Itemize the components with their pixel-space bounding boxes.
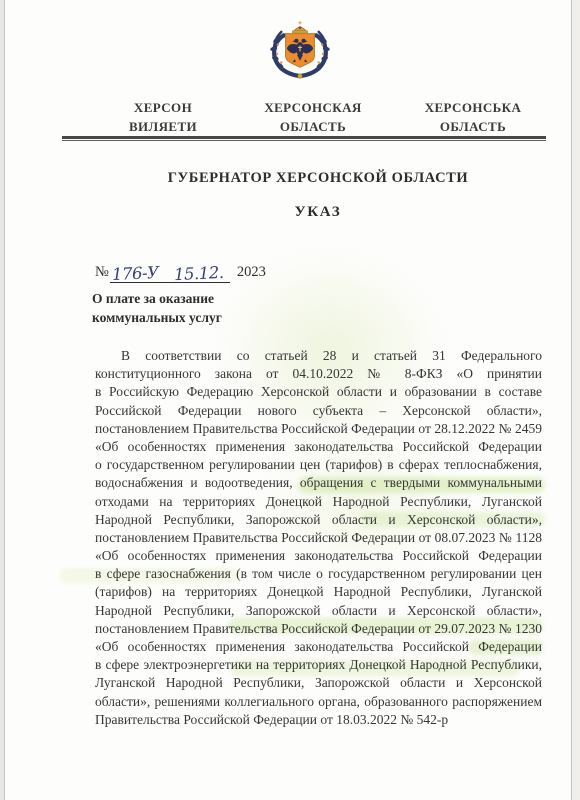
letterhead-column-tatar: ХЕРСОН ВИЛЯЕТИ (103, 98, 223, 136)
body-line: «Об особенностях применения законодатель… (95, 438, 542, 456)
body-line: «Об особенностях применения законодатель… (95, 638, 542, 656)
body-line: в сфере газоснабжения (в том числе о гос… (95, 565, 542, 583)
body-line: в сфере электроэнергетики на территориях… (95, 656, 542, 674)
body-line: Российской Федерации нового субъекта – Х… (95, 402, 542, 420)
subject-line-1: О плате за оказание (92, 290, 222, 309)
letterhead-column-ukrainian: ХЕРСОНСЬКА ОБЛАСТЬ (403, 98, 543, 136)
body-line: области», решениями коллегиального орган… (95, 693, 542, 711)
letterhead-line: ОБЛАСТЬ (403, 117, 543, 136)
body-line: в Российскую Федерацию Херсонской област… (95, 383, 542, 401)
body-line: о государственном регулировании цен (тар… (95, 456, 542, 474)
body-line: водоснабжения и водоотведения, обращения… (95, 474, 542, 492)
body-line: постановлением Правительства Российской … (95, 620, 542, 638)
page: ХЕРСОН ВИЛЯЕТИ ХЕРСОНСКАЯ ОБЛАСТЬ ХЕРСОН… (0, 0, 580, 800)
doc-number-handwritten: 176-У (111, 263, 158, 284)
letterhead-line: ХЕРСОНСКАЯ (248, 98, 378, 117)
scanned-decree-document: { "doc": { "letterhead": { "emblem": "kh… (0, 0, 580, 800)
body-line: (тарифов) на территориях Донецкой Народн… (95, 583, 542, 601)
letterhead-column-russian: ХЕРСОНСКАЯ ОБЛАСТЬ (248, 98, 378, 136)
header-rule (62, 136, 546, 141)
doc-date-handwritten: 15.12. (174, 263, 224, 284)
body-line: Народной Республики, Запорожской области… (95, 602, 542, 620)
kherson-oblast-coat-of-arms (257, 20, 343, 88)
letterhead-line: ХЕРСОНСЬКА (403, 98, 543, 117)
body-line: Правительства Российской Федерации от 18… (95, 711, 542, 729)
authority-title: ГУБЕРНАТОР ХЕРСОНСКОЙ ОБЛАСТИ (58, 170, 578, 187)
letterhead-line: ОБЛАСТЬ (248, 117, 378, 136)
body-line: постановлением Правительства Российской … (95, 420, 542, 438)
letterhead-line: ХЕРСОН (103, 98, 223, 117)
body-line: постановлением Правительства Российской … (95, 529, 542, 547)
decree-body: В соответствии со статьей 28 и статьей 3… (95, 347, 542, 729)
body-line: «Об особенностях применения законодатель… (95, 547, 542, 565)
body-line: Луганской Народной Республики, Запорожск… (95, 674, 542, 692)
subject-block: О плате за оказание коммунальных услуг (92, 290, 222, 327)
number-underline: 176-У 15.12. (110, 263, 230, 283)
body-line: конституционного закона от 04.10.2022 № … (95, 365, 542, 383)
body-line: В соответствии со статьей 28 и статьей 3… (95, 347, 542, 365)
doc-number-row: № 176-У 15.12. 2023 (95, 259, 266, 283)
page-edge-left (0, 0, 5, 800)
letterhead-line: ВИЛЯЕТИ (103, 117, 223, 136)
coat-of-arms-icon (257, 20, 343, 88)
body-line: отходами на территориях Донецкой Народно… (95, 493, 542, 511)
doc-year: 2023 (237, 261, 266, 283)
number-sign: № (95, 261, 109, 283)
subject-line-2: коммунальных услуг (92, 309, 222, 328)
page-edge-right (571, 0, 580, 800)
body-line: Народной Республики, Запорожской области… (95, 511, 542, 529)
doc-type-title: УКАЗ (58, 204, 578, 221)
